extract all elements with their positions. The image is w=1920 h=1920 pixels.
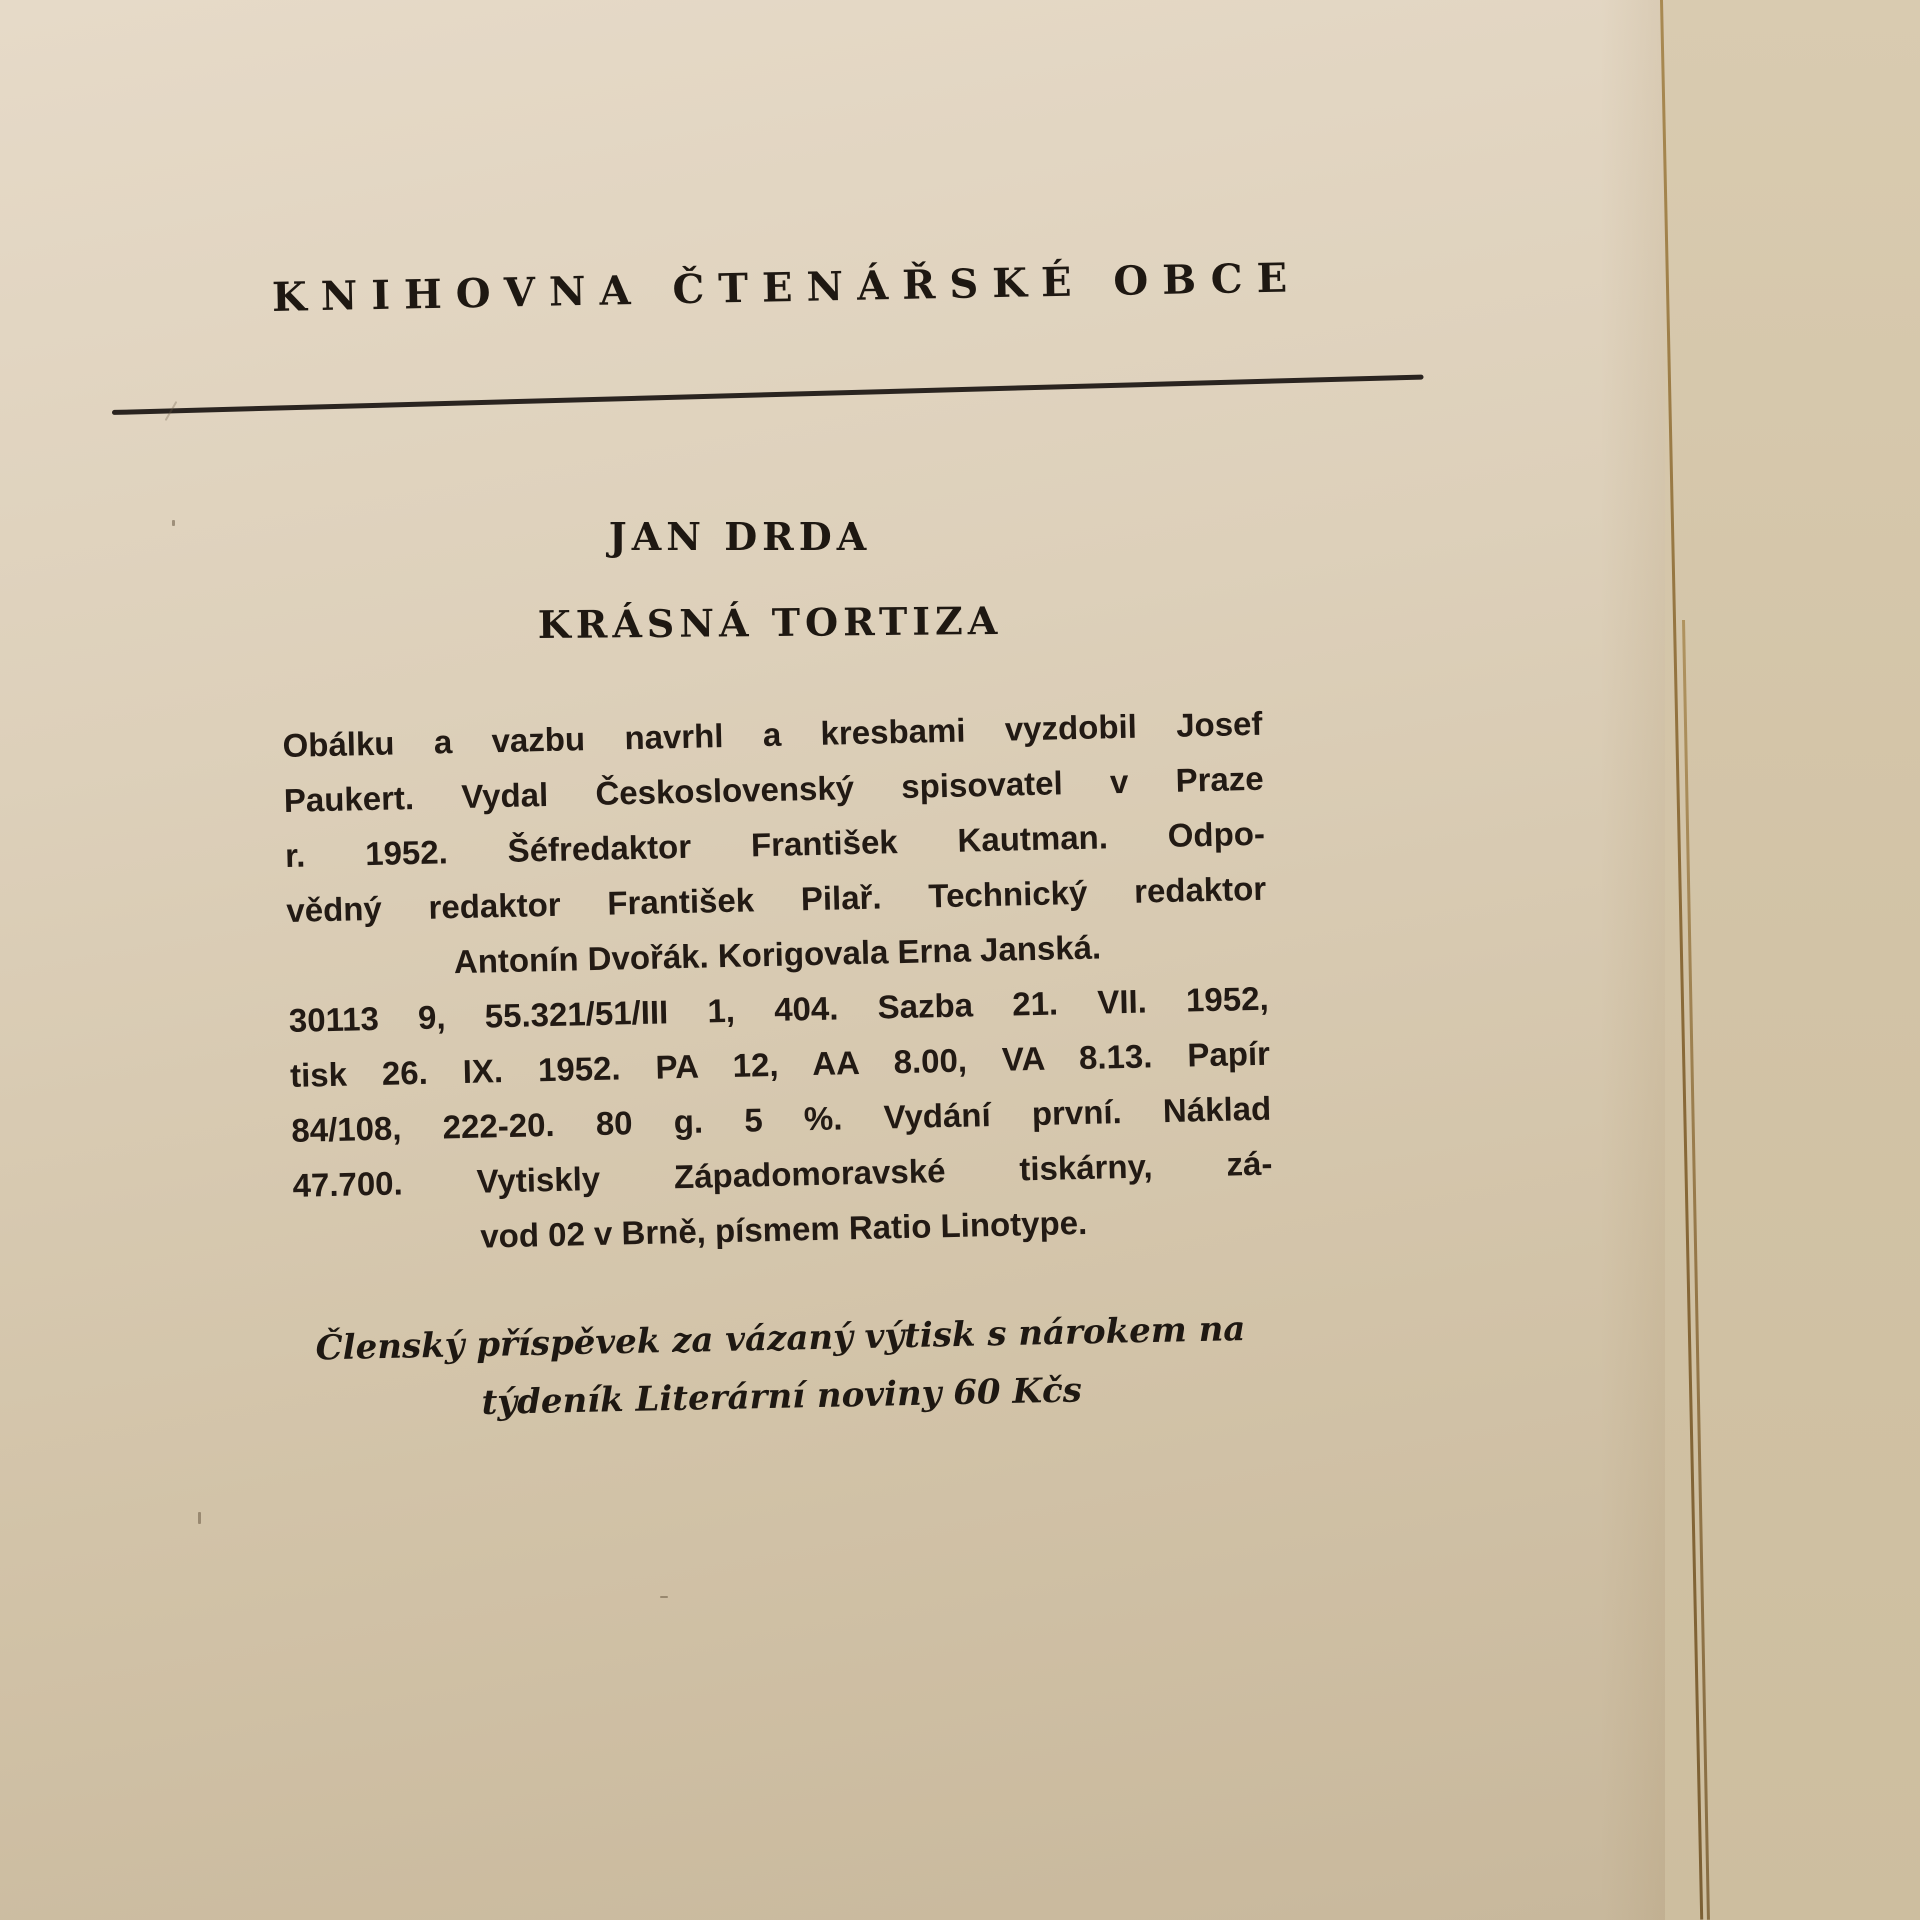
colophon-text: Obálku a vazbu navrhl a kresbami vyzdobi… [282, 696, 1274, 1268]
membership-price-note: Členský příspěvek za vázaný výtisk s nár… [290, 1299, 1272, 1435]
book-title: KRÁSNÁ TORTIZA [420, 597, 1120, 648]
colophon-page: KNIHOVNA ČTENÁŘSKÉ OBCE JAN DRDA KRÁSNÁ … [0, 0, 1680, 1920]
paper-speck [172, 520, 175, 526]
horizontal-rule [112, 375, 1424, 415]
paper-speck [660, 1596, 668, 1598]
author-name: JAN DRDA [440, 514, 1040, 559]
paper-speck [198, 1512, 201, 1524]
series-title: KNIHOVNA ČTENÁŘSKÉ OBCE [272, 255, 1273, 321]
